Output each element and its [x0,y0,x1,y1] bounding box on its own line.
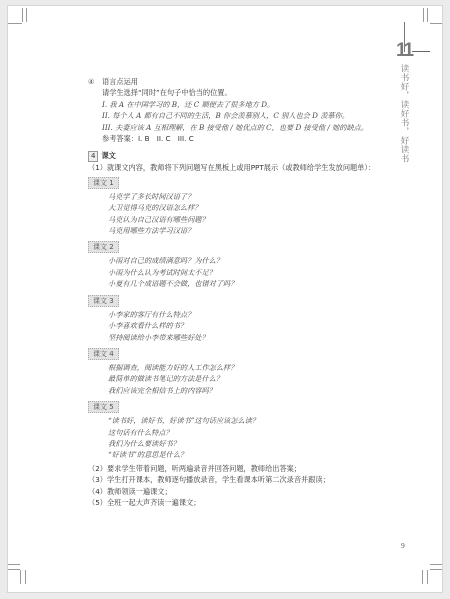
question: 马克学了多长时间汉语了？ [88,191,388,202]
page-content: ④语言点运用 请学生选择“同时”在句子中恰当的位置。 I. 我 A 在中国学习的… [88,76,388,508]
step-3: （3）学生打开课本，教师逐句播放录音，学生看课本听第二次录音并跟读； [88,474,388,485]
passage-label: 课文 4 [88,348,119,360]
exercise-item: III. 夫妻应该 A 互相理解，在 B 接受他 / 她优点的 C，也要 D 接… [88,122,388,133]
crop-mark-top-right-h [430,23,442,24]
step-5: （5）全班一起大声齐读一遍课文； [88,497,388,508]
question: 马克认为自己汉语有哪些问题？ [88,214,388,225]
step-1: （1）就课文内容，教师将下列问题写在黑板上或用PPT展示（或教师给学生发放问题单… [88,162,388,173]
crop-mark-bottom-right-v [422,570,423,584]
passage-block-1: 课文 1 马克学了多长时间汉语了？ 大卫觉得马克的汉语怎么样？ 马克认为自己汉语… [88,174,388,237]
language-point-instruction: 请学生选择“同时”在句子中恰当的位置。 [88,87,388,98]
question: 我们为什么要读好书？ [88,438,388,449]
page-number: 9 [401,541,405,550]
passage-label: 课文 3 [88,295,119,307]
crop-mark-bottom-left-v2 [25,570,26,584]
crop-mark-bottom-left-h2 [8,569,20,570]
question: 马克用哪些方法学习汉语？ [88,225,388,236]
question: 小李喜欢看什么样的书？ [88,320,388,331]
question: 大卫觉得马克的汉语怎么样？ [88,202,388,213]
section-number: 4 [88,151,98,162]
section-title: 课文 [101,151,115,160]
crop-mark-bottom-left-h [8,564,20,565]
passage-label: 课文 2 [88,241,119,253]
passage-block-3: 课文 3 小李家的客厅有什么特点？ 小李喜欢看什么样的书？ 坚持阅读给小李带来哪… [88,292,388,343]
crop-mark-top-right-v [423,8,424,22]
question: 这句话有什么特点？ [88,427,388,438]
language-point-heading: ④语言点运用 [88,76,388,87]
exercise-item: I. 我 A 在中国学习的 B，还 C 顺便去了很多地方 D。 [88,99,388,110]
passage-label: 课文 5 [88,401,119,413]
question: 坚持阅读给小李带来哪些好处？ [88,332,388,343]
step-2: （2）要求学生带着问题，听两遍录音并回答问题，教师给出答案； [88,463,388,474]
crop-mark-bottom-right-h2 [430,569,442,570]
crop-mark-top-left-h [8,23,22,24]
chapter-side-tag: 读书好，读好书，好读书 [398,64,410,163]
answer-key: 参考答案：I. B II. C III. C [88,133,388,144]
question: 小夏有几个成语题不会做，也错对了吗？ [88,278,388,289]
question: “好读书”的意思是什么？ [88,449,388,460]
passage-block-4: 课文 4 根据调查，阅读能力好的人工作怎么样？ 最简单的做读书笔记的方法是什么？… [88,345,388,396]
section-heading: 4课文 [88,150,388,162]
question: 小李家的客厅有什么特点？ [88,309,388,320]
crop-mark-top-left-v [22,8,23,22]
question: 我们应该完全相信书上的内容吗？ [88,385,388,396]
question: 小雨对自己的成绩满意吗？为什么？ [88,255,388,266]
chapter-dash [412,51,430,52]
chapter-number: 11 [396,41,412,61]
passage-block-5: 课文 5 “读书好，读好书，好读书”这句话应该怎么读？ 这句话有什么特点？ 我们… [88,398,388,461]
question: 根据调查，阅读能力好的人工作怎么样？ [88,362,388,373]
crop-mark-bottom-left-v [20,570,21,584]
crop-mark-bottom-right-h [430,564,442,565]
crop-mark-top-right-v2 [427,8,428,22]
crop-mark-top-left-v2 [26,8,27,22]
crop-mark-bottom-right-v2 [427,570,428,584]
passage-block-2: 课文 2 小雨对自己的成绩满意吗？为什么？ 小雨为什么认为考试时间太不足？ 小夏… [88,238,388,289]
step-4: （4）教师领读一遍课文； [88,486,388,497]
question: 小雨为什么认为考试时间太不足？ [88,267,388,278]
item-marker: ④ [88,76,102,87]
question: 最简单的做读书笔记的方法是什么？ [88,373,388,384]
exercise-item: II. 每个人 A 都有自己不同的生活，B 你会羡慕别人，C 别人也会 D 羡慕… [88,110,388,121]
passage-label: 课文 1 [88,177,119,189]
language-point-title: 语言点运用 [102,77,138,86]
question: “读书好，读好书，好读书”这句话应该怎么读？ [88,415,388,426]
